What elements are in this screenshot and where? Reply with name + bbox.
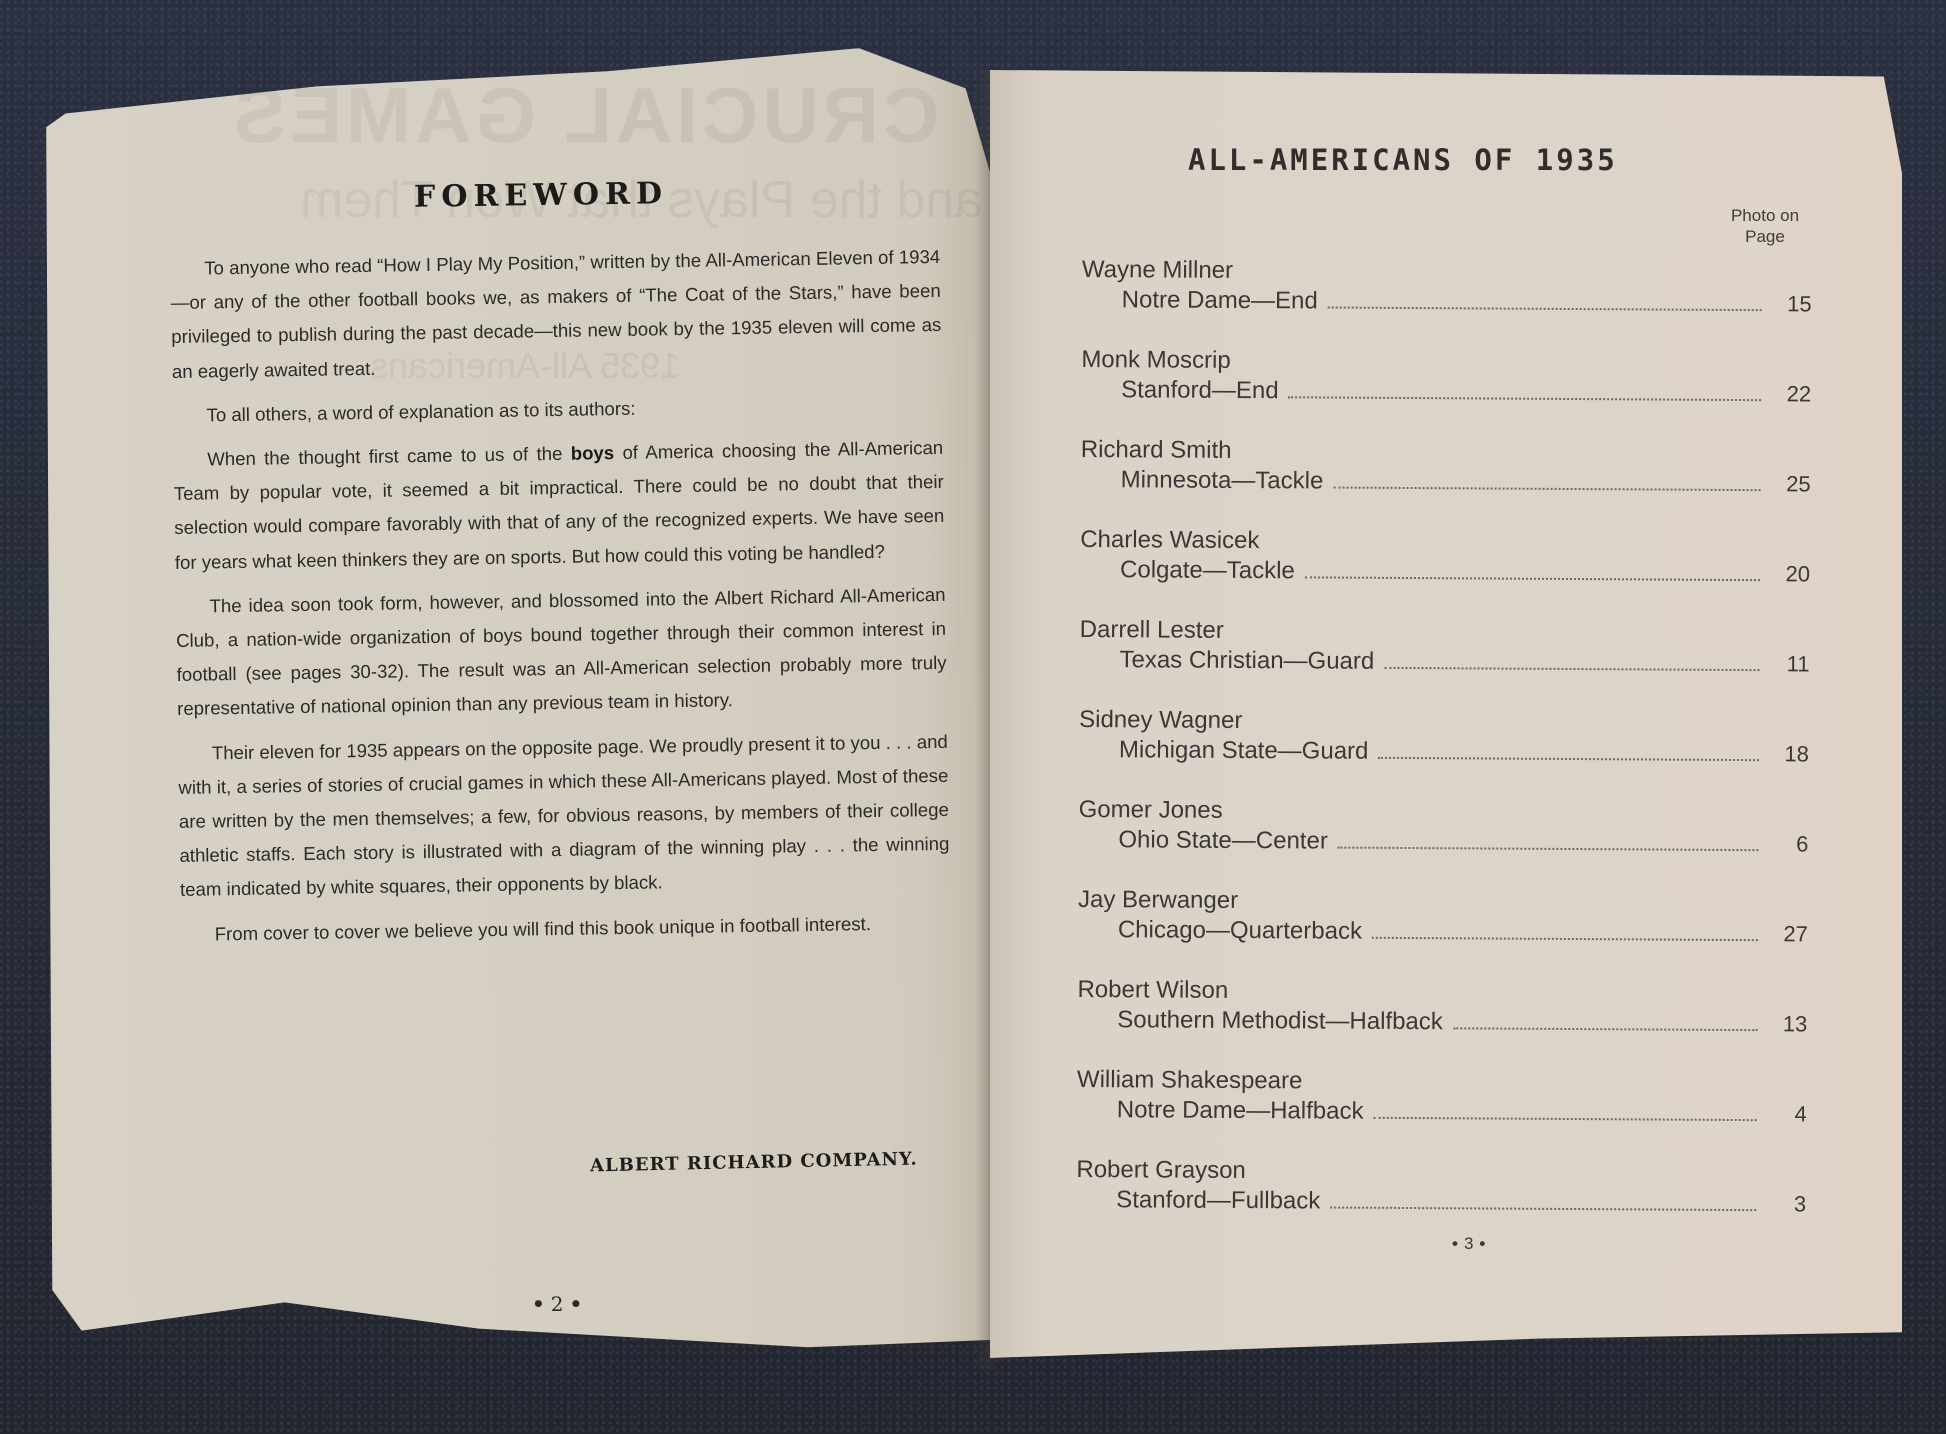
list-item: Monk Moscrip Stanford—End22 <box>1081 345 1812 439</box>
column-header-line: Photo on <box>1715 205 1815 226</box>
school-position: Chicago—Quarterback <box>1118 915 1372 947</box>
emphasis-boys: boys <box>571 442 615 464</box>
photo-page-number: 6 <box>1758 829 1808 859</box>
list-item: Sidney Wagner Michigan State—Guard18 <box>1079 705 1810 799</box>
page-title: ALL-AMERICANS OF 1935 <box>1188 143 1618 177</box>
player-name: Wayne Millner <box>1082 255 1812 289</box>
dot-leader <box>1373 1116 1756 1121</box>
page-number: •3• <box>1446 1234 1491 1254</box>
player-name: Robert Wilson <box>1077 975 1807 1009</box>
bullet-icon: • <box>1479 1234 1485 1253</box>
bullet-icon: • <box>570 1292 583 1316</box>
photo-page-number: 3 <box>1756 1189 1806 1219</box>
paragraph: Their eleven for 1935 appears on the opp… <box>178 724 951 907</box>
school-position: Ohio State—Center <box>1118 825 1338 856</box>
dot-leader <box>1372 936 1758 941</box>
dot-leader <box>1378 756 1759 761</box>
foreword-title: FOREWORD <box>414 176 668 215</box>
player-name: Monk Moscrip <box>1081 345 1811 379</box>
school-position: Texas Christian—Guard <box>1119 645 1384 677</box>
photo-page-number: 13 <box>1757 1009 1807 1039</box>
list-item: Richard Smith Minnesota—Tackle25 <box>1080 435 1811 529</box>
paragraph: To all others, a word of explanation as … <box>172 387 942 433</box>
player-name: Richard Smith <box>1081 435 1811 469</box>
list-item: Wayne Millner Notre Dame—End15 <box>1081 255 1812 349</box>
dot-leader <box>1333 486 1760 492</box>
page-number-value: 2 <box>551 1292 564 1316</box>
bullet-icon: • <box>1452 1234 1458 1253</box>
dot-leader <box>1338 846 1759 852</box>
list-item: Darrell Lester Texas Christian—Guard11 <box>1079 615 1810 709</box>
player-name: Robert Grayson <box>1076 1155 1806 1189</box>
player-name: Gomer Jones <box>1079 795 1809 829</box>
school-position: Stanford—Fullback <box>1116 1185 1330 1216</box>
paragraph: The idea soon took form, however, and bl… <box>175 578 947 727</box>
school-position: Southern Methodist—Halfback <box>1117 1005 1453 1037</box>
list-item: William Shakespeare Notre Dame—Halfback4 <box>1077 1065 1808 1159</box>
list-item: Robert Grayson Stanford—Fullback3 <box>1076 1155 1807 1249</box>
list-item: Robert Wilson Southern Methodist—Halfbac… <box>1077 975 1808 1069</box>
bullet-icon: • <box>532 1292 545 1316</box>
paragraph: To anyone who read “How I Play My Positi… <box>170 240 942 389</box>
player-name: William Shakespeare <box>1077 1065 1807 1099</box>
photo-page-column-header: Photo on Page <box>1715 205 1815 247</box>
school-position: Notre Dame—Halfback <box>1117 1095 1374 1127</box>
player-list: Wayne Millner Notre Dame—End15 Monk Mosc… <box>1076 255 1812 1249</box>
photo-page-number: 25 <box>1761 469 1811 499</box>
list-item: Gomer Jones Ohio State—Center6 <box>1078 795 1809 889</box>
photo-page-number: 15 <box>1762 289 1812 319</box>
school-position: Minnesota—Tackle <box>1121 465 1334 496</box>
school-position: Colgate—Tackle <box>1120 555 1305 586</box>
player-name: Sidney Wagner <box>1079 705 1809 739</box>
paragraph: From cover to cover we believe you will … <box>180 905 950 951</box>
school-position: Stanford—End <box>1121 375 1289 406</box>
foreword-body: To anyone who read “How I Play My Positi… <box>170 240 951 962</box>
photo-page-number: 4 <box>1757 1099 1807 1129</box>
dot-leader <box>1453 1026 1758 1031</box>
photo-page-number: 22 <box>1761 379 1811 409</box>
list-item: Charles Wasicek Colgate—Tackle20 <box>1080 525 1811 619</box>
player-name: Jay Berwanger <box>1078 885 1808 919</box>
school-position: Michigan State—Guard <box>1119 735 1379 767</box>
school-position: Notre Dame—End <box>1122 285 1328 316</box>
dot-leader <box>1330 1206 1756 1212</box>
dot-leader <box>1289 395 1762 401</box>
list-item: Jay Berwanger Chicago—Quarterback27 <box>1078 885 1809 979</box>
page-number-value: 3 <box>1464 1234 1473 1253</box>
dot-leader <box>1384 666 1759 671</box>
photo-page-number: 20 <box>1760 559 1810 589</box>
dot-leader <box>1328 306 1762 312</box>
photo-page-number: 27 <box>1758 919 1808 949</box>
player-name: Charles Wasicek <box>1080 525 1810 559</box>
paragraph: When the thought first came to us of the… <box>173 431 945 580</box>
player-name: Darrell Lester <box>1080 615 1810 649</box>
dot-leader <box>1305 575 1760 581</box>
photo-page-number: 18 <box>1759 739 1809 769</box>
paragraph-text: When the thought first came to us of the <box>207 443 571 470</box>
column-header-line: Page <box>1715 226 1815 247</box>
photo-page-number: 11 <box>1759 649 1809 679</box>
page-number: •2• <box>526 1292 588 1316</box>
